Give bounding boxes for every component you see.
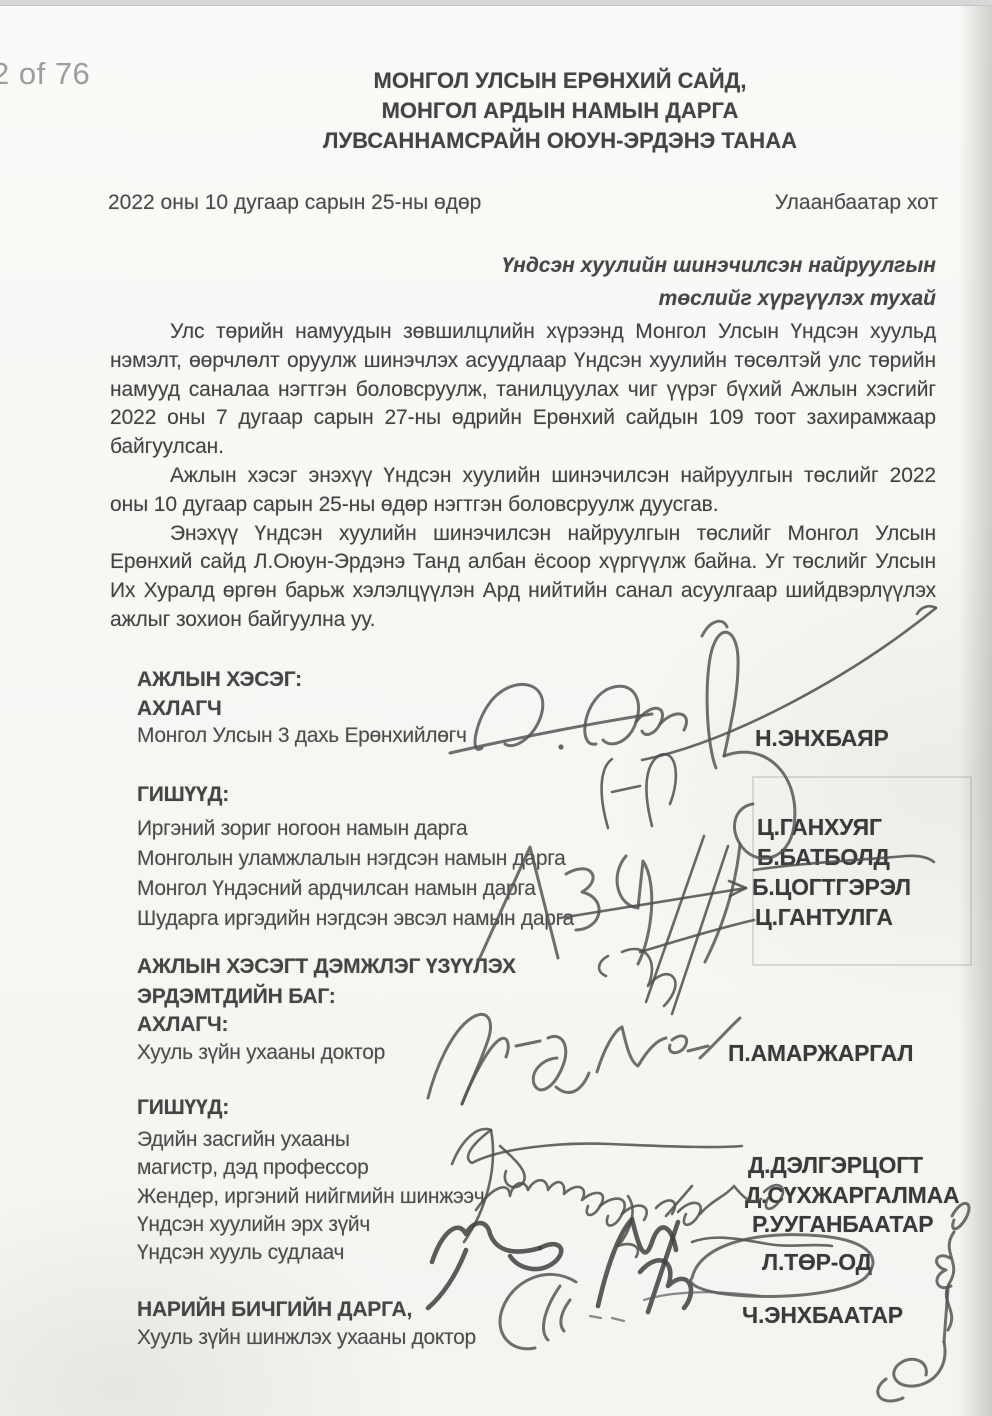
working-group-chair-name: Н.ЭНХБАЯР: [755, 725, 889, 752]
member-role: Жендер, иргэний нийгмийн шинжээч: [137, 1185, 484, 1209]
paragraph-2: Ажлын хэсэг энэхүү Үндсэн хуулийн шинэчи…: [110, 462, 936, 520]
working-group-title: АЖЛЫН ХЭСЭГ:: [137, 668, 302, 692]
subject-line-2: төслийг хүргүүлэх тухай: [400, 282, 936, 315]
support-members-label: ГИШҮҮД:: [137, 1096, 229, 1120]
support-team-title-1: АЖЛЫН ХЭСЭГТ ДЭМЖЛЭГ ҮЗҮҮЛЭХ: [137, 955, 516, 979]
support-chair-label: АХЛАГЧ:: [137, 1013, 228, 1037]
paragraph-3: Энэхүү Үндсэн хуулийн шинэчилсэн найруул…: [110, 520, 936, 635]
member-name: Б.ЦОГТГЭРЭЛ: [752, 874, 911, 901]
city-text: Улаанбаатар хот: [700, 191, 938, 215]
subject-block: Үндсэн хуулийн шинэчилсэн найруулгын төс…: [400, 249, 936, 315]
member-role: Монгол Үндэсний ардчилсан намын дарга: [137, 877, 536, 901]
member-role: Үндсэн хуулийн эрх зүйч: [137, 1213, 370, 1237]
member-name: Д.ДЭЛГЭРЦОГТ: [748, 1152, 923, 1179]
member-name: Д.СҮХЖАРГАЛМАА: [745, 1182, 959, 1209]
signature-enkhbaatar: [500, 1274, 760, 1348]
signature-delgertsogt: [452, 1129, 742, 1242]
support-team-title-2: ЭРДЭМТДИЙН БАГ:: [137, 985, 336, 1009]
secretary-name: Ч.ЭНХБААТАР: [742, 1302, 903, 1329]
member-name: Л.ТӨР-ОД: [762, 1249, 872, 1276]
signature-amarjargal: [428, 1014, 740, 1104]
member-name: Б.БАТБОЛД: [757, 844, 890, 871]
scanned-document-page: { "viewer": { "page_indicator": "2 of 76…: [0, 0, 992, 1416]
header-line-1: МОНГОЛ УЛСЫН ЕРӨНХИЙ САЙД,: [170, 66, 950, 96]
secretary-role: Хууль зүйн шинжлэх ухааны доктор: [137, 1326, 476, 1350]
secretary-title: НАРИЙН БИЧГИЙН ДАРГА,: [137, 1298, 412, 1322]
scan-top-edge: [0, 0, 992, 6]
support-chair-role: Хууль зүйн ухааны доктор: [137, 1041, 385, 1065]
subject-line-1: Үндсэн хуулийн шинэчилсэн найруулгын: [400, 249, 936, 282]
member-role: Монголын уламжлалын нэгдсэн намын дарга: [137, 847, 566, 871]
scan-right-shadow: [958, 6, 992, 1416]
paragraph-1: Улс төрийн намуудын зөвшилцлийн хүрээнд …: [110, 318, 936, 462]
header-line-2: МОНГОЛ АРДЫН НАМЫН ДАРГА: [170, 96, 950, 126]
body-paragraphs: Улс төрийн намуудын зөвшилцлийн хүрээнд …: [110, 318, 936, 635]
support-chair-name: П.АМАРЖАРГАЛ: [728, 1040, 913, 1067]
signature-sukhjargalmaa: [476, 1180, 783, 1257]
member-name: Р.УУГАНБААТАР: [752, 1211, 933, 1238]
member-role: магистр, дэд профессор: [137, 1156, 369, 1180]
member-name: Ц.ГАНХУЯГ: [757, 814, 882, 841]
member-role: Үндсэн хууль судлаач: [137, 1241, 344, 1265]
scan-artifact-box: [752, 776, 972, 966]
header-line-3: ЛУВСАННАМСРАЙН ОЮУН-ЭРДЭНЭ ТАНАА: [170, 126, 950, 156]
document-header: МОНГОЛ УЛСЫН ЕРӨНХИЙ САЙД, МОНГОЛ АРДЫН …: [170, 66, 950, 156]
member-name: Ц.ГАНТУЛГА: [755, 904, 893, 931]
date-text: 2022 оны 10 дугаар сарын 25-ны өдөр: [108, 191, 481, 215]
page-indicator: 2 of 76: [0, 56, 90, 92]
working-group-chair-label: АХЛАГЧ: [137, 697, 222, 721]
member-role: Иргэний зориг ногоон намын дарга: [137, 817, 467, 841]
working-group-chair-role: Монгол Улсын 3 дахь Ерөнхийлөгч: [137, 724, 467, 748]
working-group-members-label: ГИШҮҮД:: [137, 783, 229, 807]
member-role: Эдийн засгийн ухааны: [137, 1128, 350, 1152]
member-role: Шударга иргэдийн нэгдсэн эвсэл намын дар…: [137, 907, 574, 931]
